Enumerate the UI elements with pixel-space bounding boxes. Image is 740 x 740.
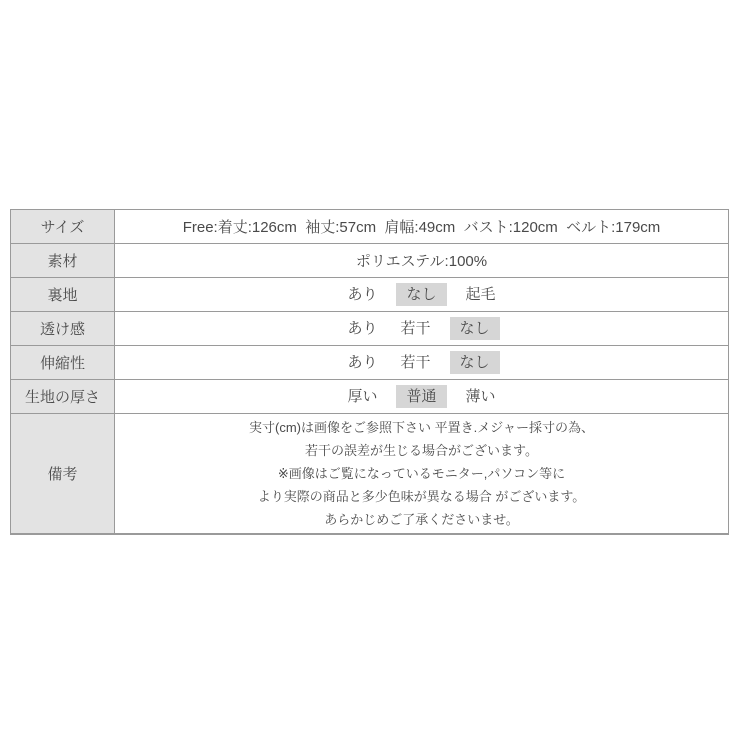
thickness-option-usui: 薄い <box>462 385 500 409</box>
thickness-row-options: 厚い 普通 薄い <box>115 380 728 413</box>
remarks-line: ※画像はご覧になっているモニター,パソコン等に <box>278 462 565 485</box>
thickness-row-label: 生地の厚さ <box>11 380 115 413</box>
remarks-line: 実寸(cm)は画像をご参照下さい 平置き.メジャー採寸の為、 <box>249 416 594 439</box>
sheerness-option-ari: あり <box>343 317 381 341</box>
lining-option-nashi: なし <box>396 283 446 307</box>
spec-row-sheerness: 透け感 あり 若干 なし <box>11 312 728 346</box>
stretch-row-label: 伸縮性 <box>11 346 115 379</box>
remarks-row-text: 実寸(cm)は画像をご参照下さい 平置き.メジャー採寸の為、 若干の誤差が生じる… <box>115 414 728 533</box>
remarks-line: あらかじめご了承くださいませ。 <box>324 508 519 531</box>
lining-row-options: あり なし 起毛 <box>115 278 728 311</box>
remarks-line: 若干の誤差が生じる場合がございます。 <box>305 439 538 462</box>
remarks-line: より実際の商品と多少色味が異なる場合 がございます。 <box>258 485 586 508</box>
size-row-label: サイズ <box>11 210 115 243</box>
sheerness-option-jakkan: 若干 <box>396 317 434 341</box>
thickness-option-atsui: 厚い <box>343 385 381 409</box>
spec-row-lining: 裏地 あり なし 起毛 <box>11 278 728 312</box>
remarks-row-label: 備考 <box>11 414 115 533</box>
spec-row-size: サイズ Free:着丈:126cm 袖丈:57cm 肩幅:49cm バスト:12… <box>11 210 728 244</box>
material-row-label: 素材 <box>11 244 115 277</box>
stretch-row-options: あり 若干 なし <box>115 346 728 379</box>
sheerness-row-label: 透け感 <box>11 312 115 345</box>
lining-row-label: 裏地 <box>11 278 115 311</box>
thickness-option-futsuu: 普通 <box>396 385 446 409</box>
spec-row-thickness: 生地の厚さ 厚い 普通 薄い <box>11 380 728 414</box>
material-row-value: ポリエステル:100% <box>115 244 728 277</box>
size-row-value: Free:着丈:126cm 袖丈:57cm 肩幅:49cm バスト:120cm … <box>115 210 728 243</box>
sheerness-option-nashi: なし <box>450 317 500 341</box>
spec-row-material: 素材 ポリエステル:100% <box>11 244 728 278</box>
spec-row-stretch: 伸縮性 あり 若干 なし <box>11 346 728 380</box>
product-spec-table: サイズ Free:着丈:126cm 袖丈:57cm 肩幅:49cm バスト:12… <box>10 209 729 535</box>
spec-row-remarks: 備考 実寸(cm)は画像をご参照下さい 平置き.メジャー採寸の為、 若干の誤差が… <box>11 414 728 533</box>
lining-option-kimo: 起毛 <box>462 283 500 307</box>
stretch-option-jakkan: 若干 <box>396 351 434 375</box>
stretch-option-nashi: なし <box>450 351 500 375</box>
sheerness-row-options: あり 若干 なし <box>115 312 728 345</box>
stretch-option-ari: あり <box>343 351 381 375</box>
lining-option-ari: あり <box>343 283 381 307</box>
